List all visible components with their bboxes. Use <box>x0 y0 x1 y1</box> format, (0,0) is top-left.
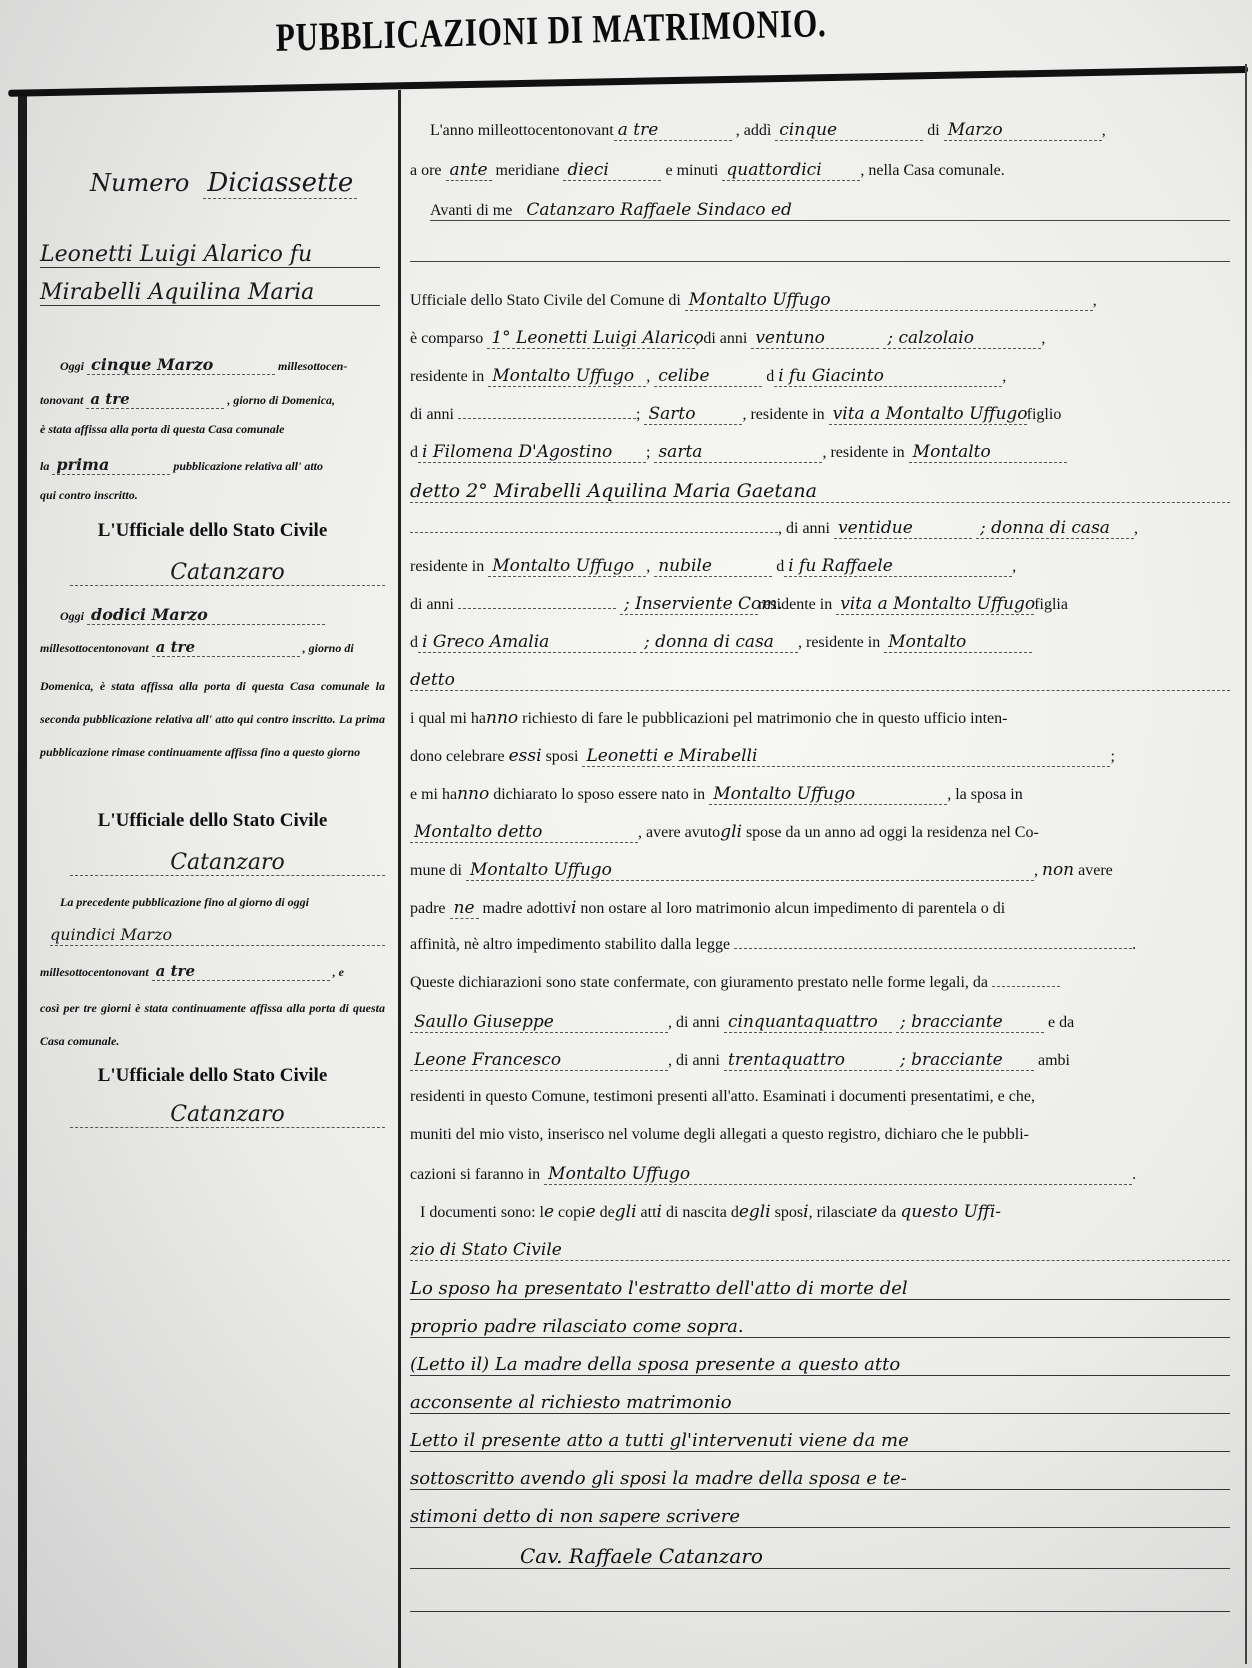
hand-fill: nno <box>457 784 489 804</box>
ante-value: ante <box>446 160 492 181</box>
third-pub-suffix: , e <box>333 965 344 979</box>
printed-text: , rilasciat <box>809 1204 868 1221</box>
note-line: sottoscritto avendo gli sposi la madre d… <box>410 1468 1230 1490</box>
act-line-residents: residenti in questo Comune, testimoni pr… <box>410 1088 1035 1106</box>
printed-text: figlia <box>1034 596 1068 613</box>
act-line-publication-place: cazioni si faranno in Montalto Uffugo. <box>410 1164 1136 1185</box>
printed-text: d <box>410 634 418 651</box>
act-line-groom-mother: di Filomena D'Agostino; sarta, residente… <box>410 442 1067 463</box>
printed-text: , residente in <box>798 634 880 651</box>
printed-text: meridiane <box>496 162 560 179</box>
day-value: cinque <box>775 120 923 141</box>
mother-residence: Montalto <box>909 442 1067 463</box>
printed-text: , <box>1012 558 1016 575</box>
second-pub-year: a tre <box>152 638 300 657</box>
note-line: acconsente al richiesto matrimonio <box>410 1392 1230 1414</box>
printed-text: cazioni si faranno in <box>410 1166 540 1183</box>
printed-text: I documenti sono: l <box>420 1204 544 1221</box>
printed-text: figlio <box>1027 406 1062 423</box>
groom-name-left: Leonetti Luigi Alarico fu <box>40 242 312 267</box>
printed-text: , <box>1002 368 1006 385</box>
bride-name-left: Mirabelli Aquilina Maria <box>40 280 314 305</box>
handwritten-note: sottoscritto avendo gli sposi la madre d… <box>410 1468 907 1489</box>
handwritten-note: (Letto il) La madre della sposa presente… <box>410 1354 900 1375</box>
printed-text: e da <box>1048 1014 1074 1031</box>
note-line: Lo sposo ha presentato l'estratto dell'a… <box>410 1278 1230 1300</box>
act-line-date: L'anno milleottocentonovanta tre , addì … <box>430 120 1106 141</box>
millesimo-label: millesottocen- <box>278 359 347 373</box>
first-pub-date: cinque Marzo <box>87 355 275 375</box>
column-divider <box>398 90 401 1668</box>
act-line-official: Avanti di me Catanzaro Raffaele Sindaco … <box>430 200 1230 221</box>
printed-text: e mi ha <box>410 786 457 803</box>
printed-text: richiesto di fare le pubblicazioni pel m… <box>522 710 1007 727</box>
hour-value: dieci <box>563 160 661 181</box>
bride-father: i fu Raffaele <box>784 556 1012 577</box>
year-value: a tre <box>614 120 732 141</box>
minutes-value: quattordici <box>722 160 860 181</box>
signature-line-2: Catanzaro <box>70 850 385 876</box>
handwritten-note: proprio padre rilasciato come sopra. <box>410 1316 744 1337</box>
bride-mother: i Greco Amalia <box>418 632 636 653</box>
printed-text: , <box>1034 862 1038 879</box>
bride-residence: Montalto Uffugo <box>488 556 646 577</box>
printed-text: dichiarato lo sposo essere nato in <box>493 786 705 803</box>
third-pub-year: a tre <box>152 962 330 981</box>
signature-line-1: Catanzaro <box>70 560 385 586</box>
act-line-birthplace: e mi hanno dichiarato lo sposo essere na… <box>410 784 1023 805</box>
witness-2-name: Leone Francesco <box>410 1050 668 1071</box>
couple-names: Leonetti e Mirabelli <box>582 746 1110 767</box>
handwritten-note: Lo sposo ha presentato l'estratto dell'a… <box>410 1278 908 1299</box>
printed-text: , di anni <box>695 330 747 347</box>
blank-field <box>992 986 1060 987</box>
bride-mother-job: ; donna di casa <box>640 632 798 653</box>
third-pub-line-1: La precedente pubblicazione fino al gior… <box>60 895 309 910</box>
act-line-residence-comune: mune di Montalto Uffugo, non avere <box>410 860 1113 881</box>
hand-fill: e <box>586 1202 596 1222</box>
printed-text: spose <box>746 824 782 841</box>
first-pub-line-4: la prima pubblicazione relativa all' att… <box>40 455 323 475</box>
handwritten-note: acconsente al richiesto matrimonio <box>410 1392 732 1413</box>
act-line-oath: Queste dichiarazioni sono state conferma… <box>410 974 1060 992</box>
printed-text: ; <box>646 444 650 461</box>
final-signature-line: Cav. Raffaele Catanzaro <box>410 1544 1230 1569</box>
printed-text: , <box>1041 330 1045 347</box>
printed-text: Ufficiale dello Stato Civile del Comune … <box>410 292 681 309</box>
printed-text: da <box>881 1204 896 1221</box>
father-residence: vita a Montalto Uffugo <box>829 404 1027 425</box>
father-job: Sarto <box>644 404 742 425</box>
numero-label: Numero <box>90 169 189 197</box>
printed-text: , <box>646 368 650 385</box>
blank-field <box>458 608 616 609</box>
act-line-celebrate: dono celebrare essi sposi Leonetti e Mir… <box>410 746 1115 767</box>
third-pub-line-3: millesottocentonovant a tre , e <box>40 962 344 981</box>
printed-text: ambi <box>1038 1052 1070 1069</box>
printed-text: residente in <box>410 368 484 385</box>
printed-text: . <box>1132 936 1136 953</box>
groom-residence: Montalto Uffugo <box>488 366 646 387</box>
printed-text: di anni <box>410 406 454 423</box>
third-pub-text: così per tre giorni è stata continuament… <box>40 992 385 1058</box>
groom-name: 1° Leonetti Luigi Alarico <box>487 328 695 349</box>
act-line-groom: è comparso 1° Leonetti Luigi Alarico, di… <box>410 328 1045 349</box>
right-border-line <box>1245 64 1247 1664</box>
printed-text: L'anno milleottocentonovant <box>430 122 614 139</box>
printed-text: spos <box>775 1204 803 1221</box>
continuation-value: detto <box>410 670 455 690</box>
printed-text: , di anni <box>668 1052 720 1069</box>
printed-text: , la sposa in <box>947 786 1023 803</box>
act-line-bride-father: di anni ; Inserviente Com.residente in v… <box>410 594 1068 615</box>
header-rule <box>8 66 1248 97</box>
act-line-groom-father: di anni ; Sarto, residente in vita a Mon… <box>410 404 1061 425</box>
printed-text: att <box>641 1204 657 1221</box>
printed-text: avere <box>1078 862 1113 879</box>
act-line-issuer-cont: zio di Stato Civile <box>410 1240 1230 1261</box>
printed-text: , di anni <box>778 520 830 537</box>
printed-text: a ore <box>410 162 442 179</box>
printed-text: ; <box>1110 748 1114 765</box>
note-line: (Letto il) La madre della sposa presente… <box>410 1354 1230 1376</box>
act-line-bride-residence: residente in Montalto Uffugo, nubile di … <box>410 556 1016 577</box>
giorno-label: , giorno di Domenica, <box>227 393 335 407</box>
giorno-label-2: , giorno di <box>303 641 354 655</box>
act-line-continuation: detto <box>410 670 1230 691</box>
bride-father-job: ; Inserviente Com. <box>620 594 758 615</box>
bride-father-residence: vita a Montalto Uffugo <box>836 594 1034 615</box>
printed-text: , di anni <box>668 1014 720 1031</box>
handwritten-note: Letto il presente atto a tutti gl'interv… <box>410 1430 909 1451</box>
blank-field <box>410 532 778 533</box>
printed-text: di anni <box>410 596 454 613</box>
hand-fill: nno <box>486 708 518 728</box>
first-pub-line-2: tonovant a tre , giorno di Domenica, <box>40 390 335 409</box>
mother-job: sarta <box>654 442 822 463</box>
hand-fill: e <box>544 1202 554 1222</box>
printed-text: , nella Casa comunale. <box>860 162 1004 179</box>
act-line-comune: Ufficiale dello Stato Civile del Comune … <box>410 290 1097 311</box>
printed-text: , avere avuto <box>638 824 720 841</box>
signature-3: Catanzaro <box>170 1102 285 1127</box>
printed-text: affinità, nè altro impedimento stabilito… <box>410 936 730 953</box>
bride-job: ; donna di casa <box>976 518 1134 539</box>
bride-name: detto 2° Mirabelli Aquilina Maria Gaetan… <box>410 480 817 502</box>
printed-text: d <box>766 368 774 385</box>
first-pub-line-1: Oggi cinque Marzo millesottocen- <box>60 355 347 375</box>
printed-text: , <box>646 558 650 575</box>
printed-text: d <box>410 444 418 461</box>
document-page: PUBBLICAZIONI DI MATRIMONIO. Numero Dici… <box>0 0 1252 1668</box>
document-title: PUBBLICAZIONI DI MATRIMONIO. <box>270 0 832 61</box>
comune-value: Montalto Uffugo <box>685 290 1093 311</box>
printed-text: mune di <box>410 862 462 879</box>
second-pub-text: Domenica, è stata affissa alla porta di … <box>40 670 385 769</box>
oggi-label: Oggi <box>60 359 84 373</box>
publication-place: Montalto Uffugo <box>544 1164 1132 1185</box>
oggi-label-2: Oggi <box>60 609 84 623</box>
act-line-registry: muniti del mio visto, inserisco nel volu… <box>410 1126 1029 1144</box>
printed-text: , <box>1093 292 1097 309</box>
printed-text: padre <box>410 900 446 917</box>
act-line-bride-age: , di anni ventidue ; donna di casa, <box>410 518 1138 539</box>
printed-text: de <box>600 1204 615 1221</box>
hand-fill: i <box>571 898 576 918</box>
blank-field <box>734 948 1132 949</box>
millesimo-label-4: millesottocentonovant <box>40 965 149 979</box>
hand-fill: gli <box>615 1202 637 1222</box>
signature-2: Catanzaro <box>170 850 285 875</box>
groom-mother: i Filomena D'Agostino <box>418 442 646 463</box>
act-line-impediment: affinità, nè altro impedimento stabilito… <box>410 936 1136 954</box>
residence-comune: Montalto Uffugo <box>466 860 1034 881</box>
ufficiale-heading-3: L'Ufficiale dello Stato Civile <box>40 1065 385 1087</box>
printed-text: di nascita d <box>666 1204 739 1221</box>
printed-text: d <box>776 558 784 575</box>
printed-text: da un anno ad oggi la residenza nel Co- <box>786 824 1039 841</box>
printed-text: , residente in <box>742 406 824 423</box>
hand-fill: i <box>657 1202 662 1222</box>
printed-text: mi ha <box>450 710 486 727</box>
act-line-bride-birthplace: Montalto detto, avere avutogli spose da … <box>410 822 1039 843</box>
names-line-2: Mirabelli Aquilina Maria <box>40 280 380 306</box>
document-issuer: questo Uffi- <box>900 1202 1001 1222</box>
printed-text: sposi <box>546 748 579 765</box>
blank-field <box>458 418 636 419</box>
hand-fill: essi <box>509 746 542 766</box>
printed-text: , <box>1102 122 1106 139</box>
note-line: Letto il presente atto a tutti gl'interv… <box>410 1430 1230 1452</box>
act-line-documents: I documenti sono: le copie degli atti di… <box>420 1202 1001 1222</box>
ufficiale-heading-1: L'Ufficiale dello Stato Civile <box>40 520 385 542</box>
printed-text: dono celebrare <box>410 748 505 765</box>
hand-fill: ne <box>450 898 479 919</box>
first-pub-year: a tre <box>86 390 224 409</box>
hand-fill: egli <box>739 1202 771 1222</box>
printed-text: qual <box>418 710 446 727</box>
second-pub-line-1: Oggi dodici Marzo <box>60 605 325 625</box>
first-pub-text: pubblicazione relativa all' atto <box>173 459 323 473</box>
first-pub-ordinal: prima <box>52 455 170 475</box>
act-line-time: a ore ante meridiane dieci e minuti quat… <box>410 160 1005 181</box>
printed-text: , <box>1134 520 1138 537</box>
hand-fill: non <box>1042 860 1074 880</box>
printed-text: residente in <box>410 558 484 575</box>
handwritten-note: stimoni detto di non sapere scrivere <box>410 1506 740 1527</box>
bride-age: ventidue <box>834 518 972 539</box>
note-line: proprio padre rilasciato come sopra. <box>410 1316 1230 1338</box>
first-pub-line-5: qui contro inscritto. <box>40 488 385 503</box>
millesimo-label-2: tonovant <box>40 393 83 407</box>
act-line-bride-mother: di Greco Amalia ; donna di casa, residen… <box>410 632 1032 653</box>
document-issuer-cont: zio di Stato Civile <box>410 1240 562 1260</box>
groom-job: ; calzolaio <box>883 328 1041 349</box>
act-line-witness-2: Leone Francesco, di anni trentaquattro ;… <box>410 1050 1070 1071</box>
third-pub-date-line: quindici Marzo <box>50 925 385 946</box>
printed-text: copi <box>558 1204 586 1221</box>
groom-birthplace: Montalto Uffugo <box>709 784 947 805</box>
act-line-adoptive: padre ne madre adottivi non ostare al lo… <box>410 898 1005 919</box>
hand-fill: gli <box>720 822 742 842</box>
printed-text: . <box>1132 1166 1136 1183</box>
month-value: Marzo <box>944 120 1102 141</box>
printed-text: , residente in <box>822 444 904 461</box>
groom-age: ventuno <box>751 328 879 349</box>
note-line: stimoni detto di non sapere scrivere <box>410 1506 1230 1528</box>
witness-1-job: ; bracciante <box>896 1012 1044 1033</box>
blank-line <box>410 1610 1230 1612</box>
printed-text: ; <box>636 406 640 423</box>
third-pub-date: quindici Marzo <box>50 925 172 944</box>
witness-1-name: Saullo Giuseppe <box>410 1012 668 1033</box>
signature-1: Catanzaro <box>170 560 285 585</box>
printed-text: è comparso <box>410 330 483 347</box>
numero-line: Numero Diciassette <box>90 168 357 199</box>
printed-text: residente in <box>758 596 832 613</box>
official-name: Catanzaro Raffaele Sindaco ed <box>526 200 792 220</box>
printed-text: non ostare al loro matrimonio alcun impe… <box>580 900 1005 917</box>
names-line-1: Leonetti Luigi Alarico fu <box>40 242 380 268</box>
printed-text: i <box>410 710 414 727</box>
bride-mother-residence: Montalto <box>884 632 1032 653</box>
act-line-groom-residence: residente in Montalto Uffugo, celibe di … <box>410 366 1006 387</box>
witness-2-job: ; bracciante <box>896 1050 1034 1071</box>
witness-2-age: trentaquattro <box>724 1050 892 1071</box>
final-signature: Cav. Raffaele Catanzaro <box>520 1544 763 1568</box>
groom-status: celibe <box>654 366 762 387</box>
millesimo-label-3: millesottocentonovant <box>40 641 149 655</box>
witness-1-age: cinquantaquattro <box>724 1012 892 1033</box>
hand-fill: e <box>867 1202 877 1222</box>
second-pub-line-2: millesottocentonovant a tre , giorno di <box>40 638 354 657</box>
la-label: la <box>40 459 49 473</box>
printed-text: madre adottiv <box>483 900 571 917</box>
printed-text: , addì <box>736 122 772 139</box>
printed-text: di <box>927 122 939 139</box>
first-pub-text-end: qui contro inscritto. <box>40 488 138 502</box>
printed-text: Queste dichiarazioni sono state conferma… <box>410 974 988 991</box>
act-line-bride: detto 2° Mirabelli Aquilina Maria Gaetan… <box>410 480 1230 503</box>
signature-line-3: Catanzaro <box>70 1102 385 1128</box>
printed-text: e minuti <box>665 162 718 179</box>
bride-birthplace: Montalto detto <box>410 822 638 843</box>
bride-status: nubile <box>654 556 772 577</box>
left-border-line <box>18 96 27 1668</box>
act-line-request: i qual mi hanno richiesto di fare le pub… <box>410 708 1007 728</box>
ufficiale-heading-2: L'Ufficiale dello Stato Civile <box>40 810 385 832</box>
first-pub-line-3: è stata affissa alla porta di questa Cas… <box>40 422 284 437</box>
groom-father: i fu Giacinto <box>774 366 1002 387</box>
blank-line <box>410 260 1230 262</box>
second-pub-date: dodici Marzo <box>87 605 325 625</box>
act-line-witness-1: Saullo Giuseppe, di anni cinquantaquattr… <box>410 1012 1074 1033</box>
numero-value: Diciassette <box>203 168 357 199</box>
printed-text: Avanti di me <box>430 202 512 219</box>
